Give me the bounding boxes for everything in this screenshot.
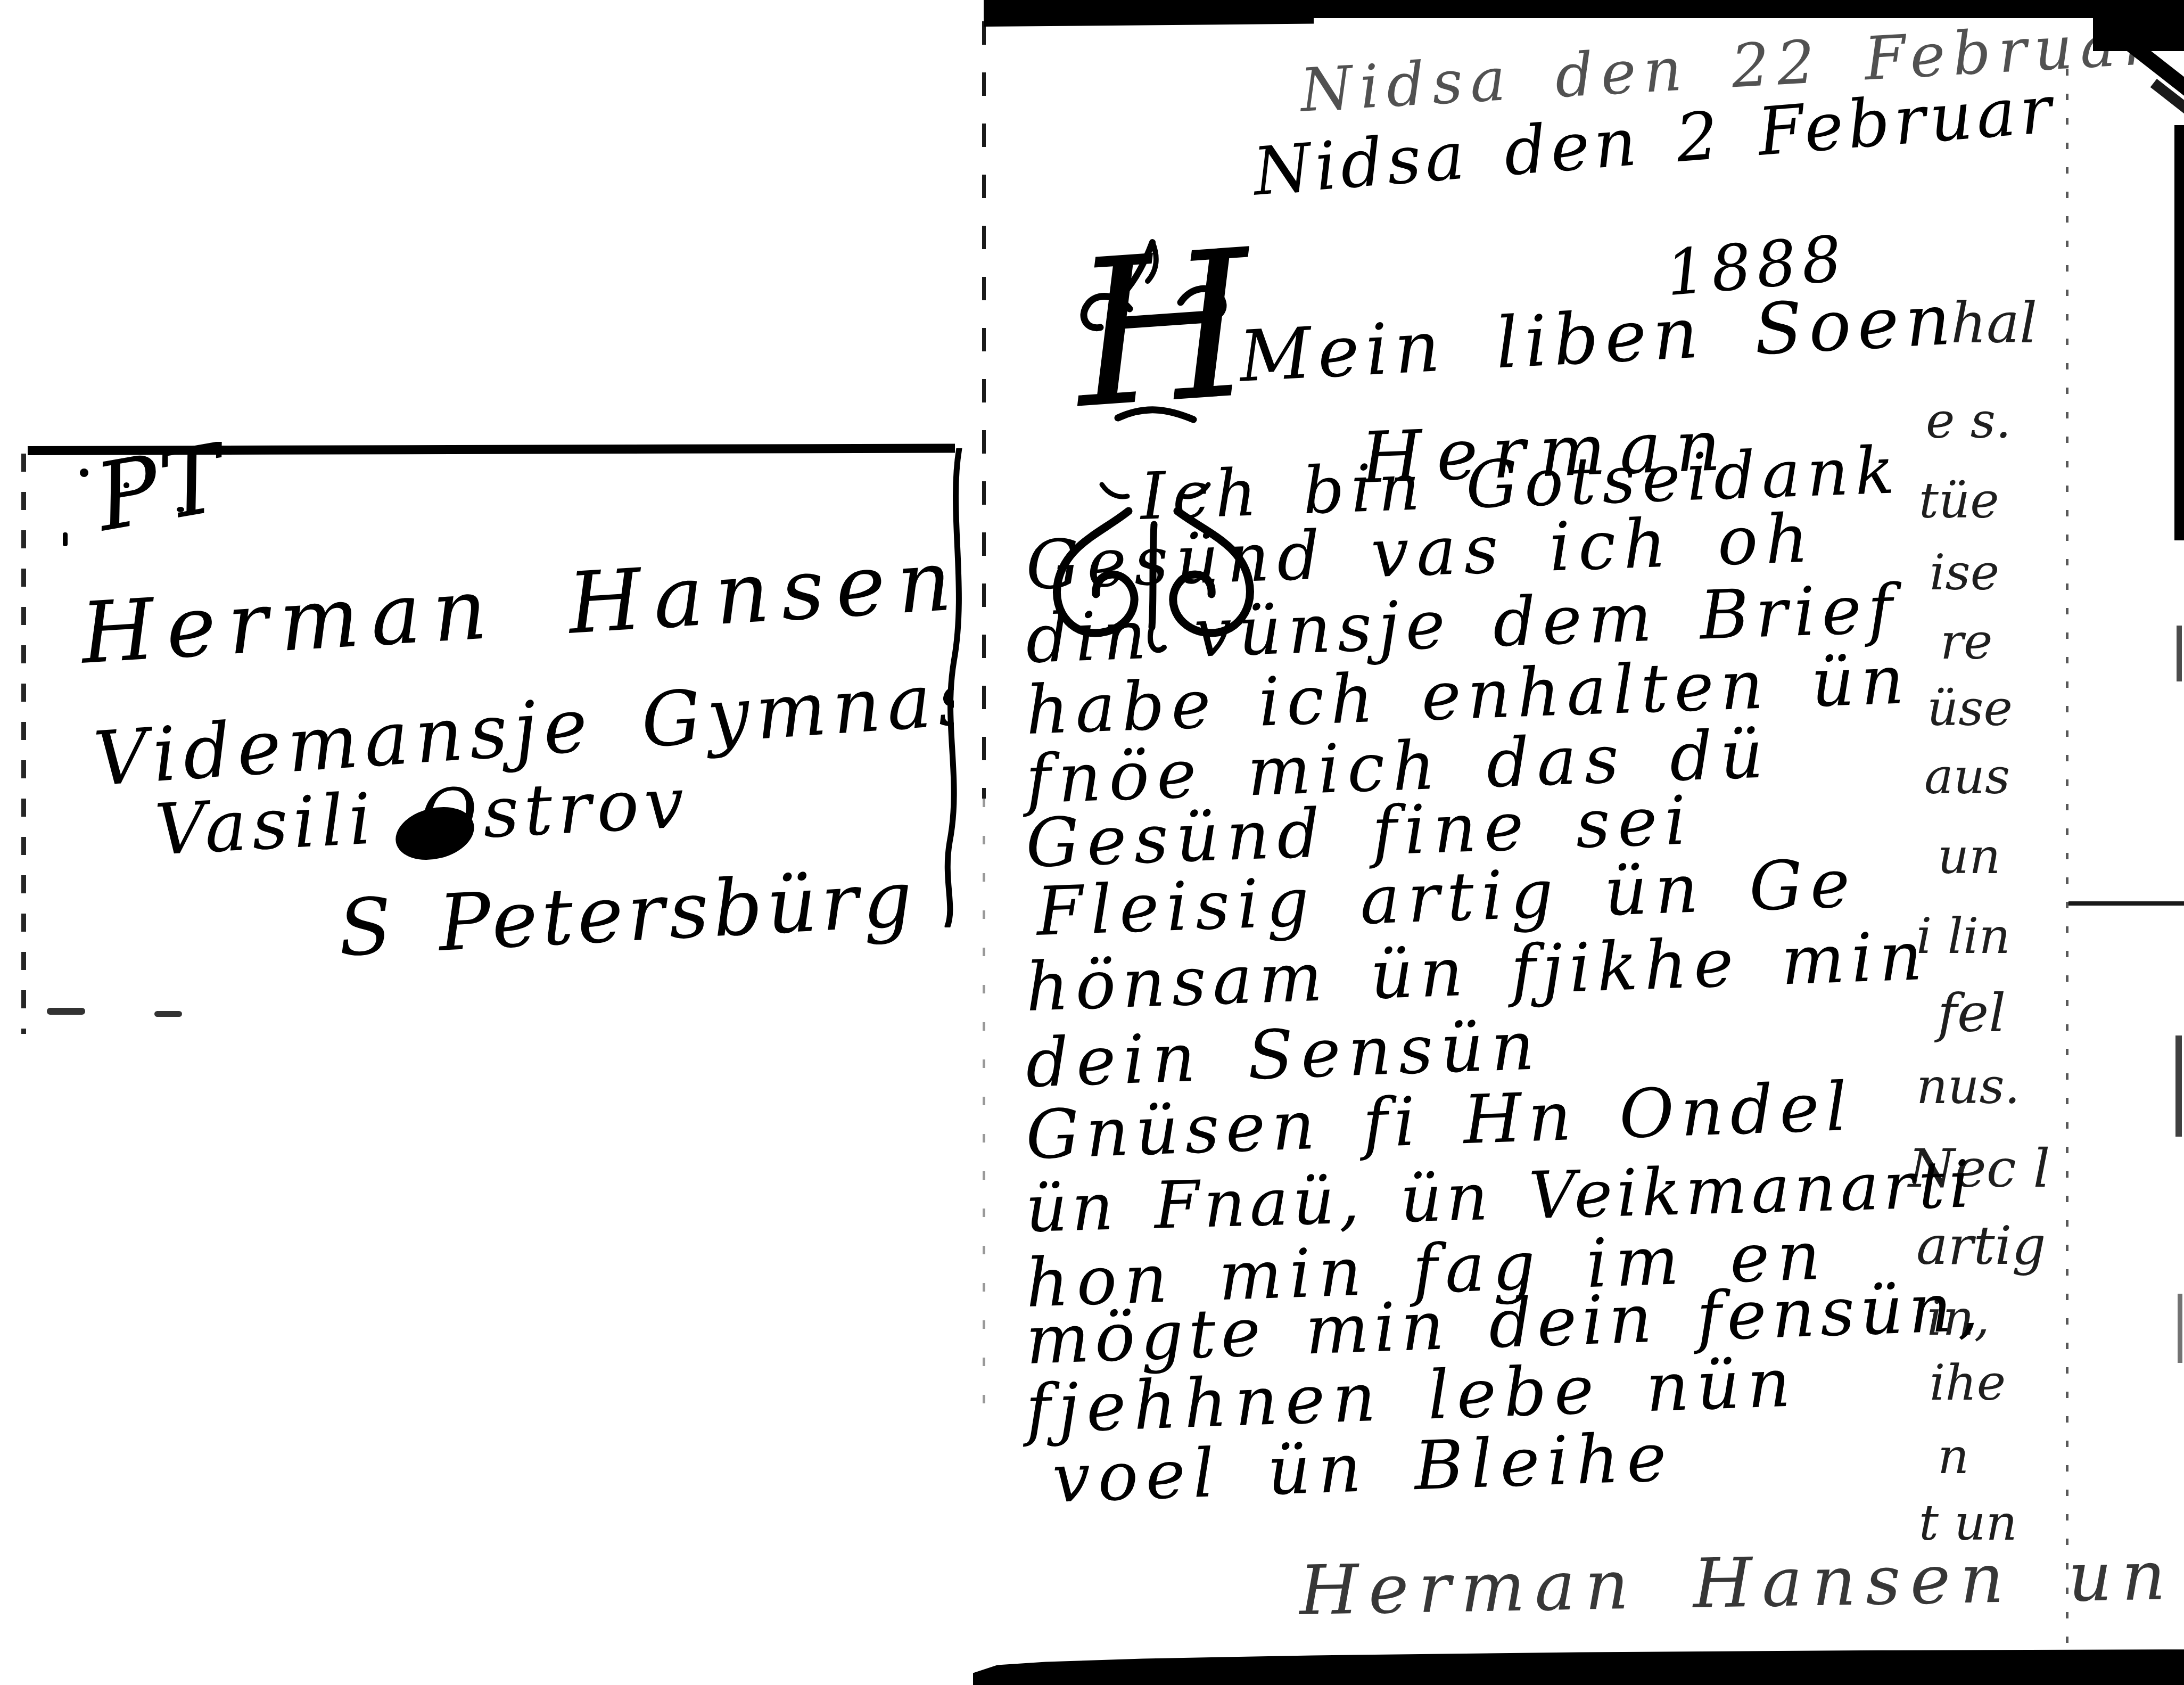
margin-fragment: artig xyxy=(1916,1219,2046,1272)
margin-fragment: un xyxy=(1938,832,2001,881)
page-left-fold-line xyxy=(982,21,986,799)
margin-fragment: e s. xyxy=(1926,397,2011,446)
scan-right-edge xyxy=(2177,626,2182,681)
margin-fragment: tüe xyxy=(1919,476,1999,525)
envelope-address-area: PT Herman Hansenn Videmansje Gymnasi Vas… xyxy=(21,442,954,1051)
envelope-initials: PT xyxy=(89,442,233,545)
scan-right-edge xyxy=(2175,1035,2182,1137)
envelope-address-city: S Petersbürg xyxy=(336,860,918,968)
margin-fragment: fel xyxy=(1938,987,2006,1040)
margin-fragment: aus xyxy=(1924,752,2010,801)
margin-fragment: t un xyxy=(1919,1499,2017,1548)
fold-horizontal-line xyxy=(2068,901,2184,906)
margin-fragment: üse xyxy=(1927,684,2013,733)
margin-fragment: ise xyxy=(1930,548,1999,597)
scan-right-edge xyxy=(2178,1294,2182,1363)
margin-fragment: ihe xyxy=(1930,1359,2006,1408)
page-left-fold-line-faint xyxy=(983,799,985,1411)
margin-fragment: re xyxy=(1940,618,1992,667)
salutation-line-1: Mein liben Soen xyxy=(1238,284,1959,392)
margin-fragment: i lin xyxy=(1916,912,2010,961)
body-line: voel ün Bleihe xyxy=(1051,1424,1675,1513)
margin-fragment: hal xyxy=(1951,295,2037,351)
margin-fragment: n xyxy=(1938,1432,1969,1481)
envelope-address-name: Herman Hansenn xyxy=(79,534,954,676)
scan-bottom-edge xyxy=(973,1645,2184,1685)
margin-fragment: nus. xyxy=(1916,1062,2020,1111)
scan-right-edge xyxy=(2174,125,2184,540)
margin-fragment: in, xyxy=(1927,1294,1990,1343)
scan-top-edge-thick xyxy=(984,12,1314,27)
signature: Herman Hansen un xyxy=(1299,1542,2175,1625)
letter-scan-page: PT Herman Hansenn Videmansje Gymnasi Vas… xyxy=(0,0,2184,1685)
vertical-fold-line xyxy=(2066,69,2068,1650)
margin-fragment: Nec l xyxy=(1908,1142,2050,1195)
